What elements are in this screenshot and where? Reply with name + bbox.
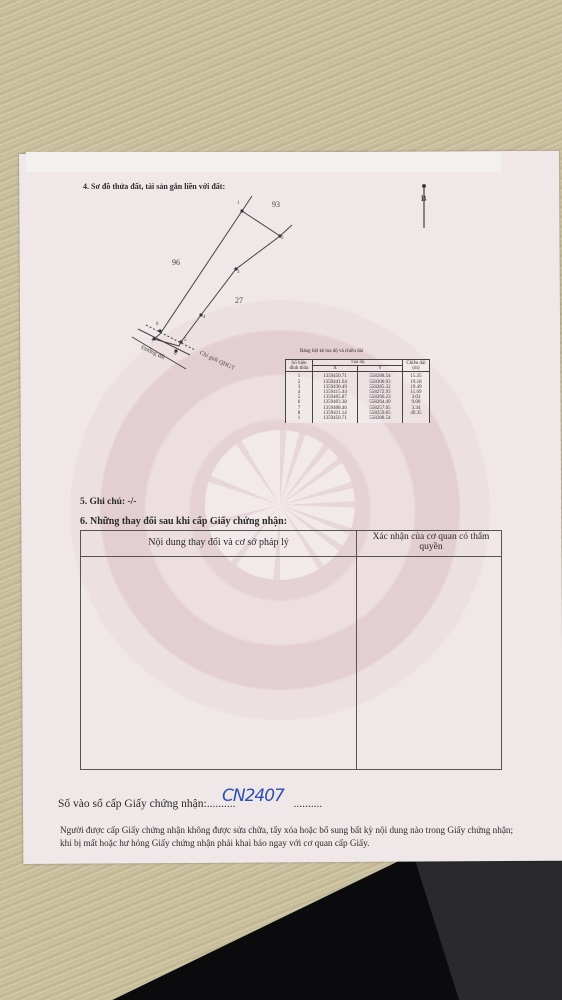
coord-table-title: Bảng liệt kê tọa độ và chiều dài xyxy=(300,349,363,354)
registration-number-handwritten: CN2407 xyxy=(222,786,284,806)
coord-col-point: 123456781 xyxy=(286,372,313,423)
parcel-label-96: 96 xyxy=(172,258,180,267)
coord-header-length: Chiều dài (m) xyxy=(403,360,430,372)
registration-label: Số vào sổ cấp Giấy chứng nhận: xyxy=(58,798,207,810)
section5-title: 5. Ghi chú: -/- xyxy=(80,497,136,507)
coord-header-point: Số hiệu đỉnh thửa xyxy=(286,360,313,372)
notice-text: Người được cấp Giấy chứng nhận không đượ… xyxy=(60,824,520,850)
coordinate-table: Số hiệu đỉnh thửa Tọa độ Chiều dài (m) X… xyxy=(285,359,430,423)
point-7: 7 xyxy=(151,340,154,345)
changes-col-divider xyxy=(81,531,357,769)
point-8: 8 xyxy=(156,322,159,327)
point-4: 4 xyxy=(203,315,206,320)
point-5: 5 xyxy=(184,338,187,343)
coord-col-length: 15.3519.1819.4911.693.039.003.3449.35 xyxy=(403,372,430,423)
parcel-label-27: 27 xyxy=(235,296,243,305)
point-6: 6 xyxy=(174,352,177,357)
changes-col1-header: Nội dung thay đổi và cơ sở pháp lý xyxy=(81,537,356,548)
coord-col-y: 558288.54558300.93558285.32558272.935582… xyxy=(358,372,403,423)
point-1: 1 xyxy=(237,201,240,206)
point-2: 2 xyxy=(281,236,284,241)
section6-title: 6. Những thay đổi sau khi cấp Giấy chứng… xyxy=(80,516,287,527)
parcel-label-93: 93 xyxy=(272,200,280,209)
coord-table-body: 1234567811359450.711359441.641359430.491… xyxy=(286,372,430,423)
coord-table-row: 1234567811359450.711359441.641359430.491… xyxy=(286,372,430,423)
changes-col2-header: Xác nhận của cơ quan có thẩm quyền xyxy=(361,532,501,552)
registration-dots-after: .......... xyxy=(293,798,322,810)
north-label: B xyxy=(421,194,426,203)
coord-col-x: 1359450.711359441.641359430.491359415.44… xyxy=(313,372,358,423)
point-3: 3 xyxy=(237,270,240,275)
changes-table: Nội dung thay đổi và cơ sở pháp lý Xác n… xyxy=(80,530,502,770)
